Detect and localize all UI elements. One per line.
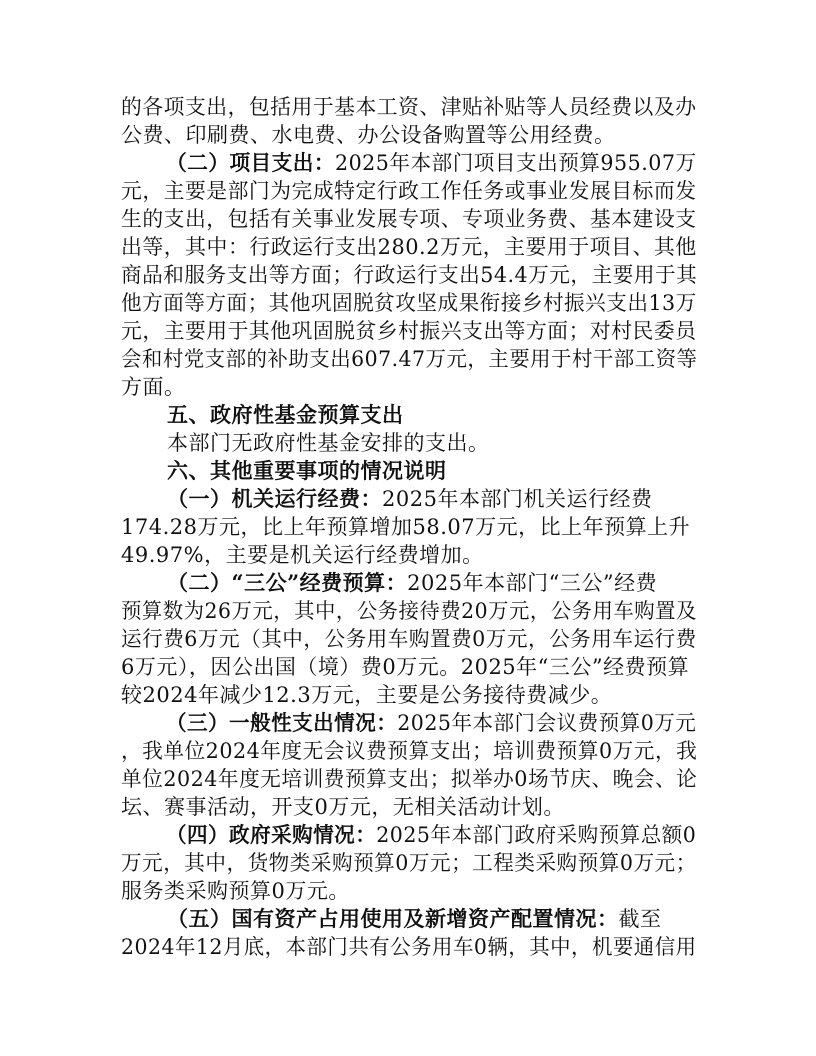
section-heading: 六、其他重要事项的情况说明 — [121, 457, 743, 485]
bold-heading-text: （二）“三公”经费预算： — [167, 570, 407, 595]
paragraph-line: （三）一般性支出情况：2025年本部门会议费预算0万元 — [121, 709, 684, 737]
body-text: 元，主要用于其他巩固脱贫乡村振兴支出等方面；对村民委员 — [121, 319, 697, 343]
paragraph-line: 2024年12月底，本部门共有公务用车0辆，其中，机要通信用 — [121, 933, 681, 961]
body-text: 49.97%，主要是机关运行经费增加。 — [121, 543, 484, 567]
paragraph-line: 公费、印刷费、水电费、办公设备购置等公用经费。 — [121, 121, 697, 149]
paragraph-line: 单位2024年度无培训费预算支出；拟举办0场节庆、晚会、论 — [121, 765, 688, 793]
bold-heading-text: （五）国有资产占用使用及新增资产配置情况： — [167, 906, 619, 931]
paragraph-line: 商品和服务支出等方面；行政运行支出54.4万元，主要用于其 — [121, 261, 687, 289]
body-text: 单位2024年度无培训费预算支出；拟举办0场节庆、晚会、论 — [121, 767, 697, 791]
body-text: 元，主要是部门为完成特定行政工作任务或事业发展目标而发 — [121, 179, 697, 203]
paragraph-line: 运行费6万元（其中，公务用车购置费0万元，公务用车运行费 — [121, 625, 686, 653]
paragraph-line: （二）项目支出：2025年本部门项目支出预算955.07万 — [121, 149, 686, 177]
body-text: 2025年本部门政府采购预算总额0 — [376, 823, 696, 847]
paragraph-line: 预算数为26万元，其中，公务接待费20万元，公务用车购置及 — [121, 597, 680, 625]
body-text: 174.28万元，比上年预算增加58.07万元，比上年预算上升 — [121, 515, 690, 539]
paragraph-line: （二）“三公”经费预算：2025年本部门“三公”经费 — [121, 569, 743, 597]
paragraph-line: 49.97%，主要是机关运行经费增加。 — [121, 541, 697, 569]
body-text: 坛、赛事活动，开支0万元，无相关活动计划。 — [121, 795, 565, 819]
body-text: 6万元），因公出国（境）费0万元。2025年“三公”经费预算 — [121, 655, 689, 679]
body-text: 预算数为26万元，其中，公务接待费20万元，公务用车购置及 — [121, 599, 697, 623]
bold-heading-text: 六、其他重要事项的情况说明 — [167, 458, 447, 483]
paragraph-line: 生的支出，包括有关事业发展专项、专项业务费、基本建设支 — [121, 205, 692, 233]
paragraph-line: 本部门无政府性基金安排的支出。 — [121, 429, 743, 457]
body-text: 2025年本部门“三公”经费 — [407, 571, 657, 595]
paragraph-line: ，我单位2024年度无会议费预算支出；培训费预算0万元，我 — [121, 737, 688, 765]
body-text: 会和村党支部的补助支出607.47万元，主要用于村干部工资等 — [121, 347, 697, 371]
body-text: 他方面等方面；其他巩固脱贫攻坚成果衔接乡村振兴支出13万 — [121, 291, 697, 315]
paragraph-line: 方面。 — [121, 373, 697, 401]
bold-heading-text: （四）政府采购情况： — [166, 822, 376, 847]
paragraph-line: 174.28万元，比上年预算增加58.07万元，比上年预算上升 — [121, 513, 697, 541]
body-text: 较2024年减少12.3万元，主要是公务接待费减少。 — [121, 683, 612, 707]
body-text: 生的支出，包括有关事业发展专项、专项业务费、基本建设支 — [121, 207, 697, 231]
paragraph-line: 会和村党支部的补助支出607.47万元，主要用于村干部工资等 — [121, 345, 681, 373]
paragraph-line: （一）机关运行经费：2025年本部门机关运行经费 — [121, 485, 743, 513]
bold-heading-text: 五、政府性基金预算支出 — [167, 402, 404, 427]
bold-heading-text: （三）一般性支出情况： — [166, 710, 397, 735]
document-body: 的各项支出，包括用于基本工资、津贴补贴等人员经费以及办公费、印刷费、水电费、办公… — [121, 93, 697, 961]
body-text: 本部门无政府性基金安排的支出。 — [167, 431, 490, 455]
body-text: 公费、印刷费、水电费、办公设备购置等公用经费。 — [121, 123, 616, 147]
body-text: 万元，其中，货物类采购预算0万元；工程类采购预算0万元； — [121, 851, 697, 875]
paragraph-line: 较2024年减少12.3万元，主要是公务接待费减少。 — [121, 681, 697, 709]
body-text: 2025年本部门机关运行经费 — [382, 487, 652, 511]
body-text: 运行费6万元（其中，公务用车购置费0万元，公务用车运行费 — [121, 627, 697, 651]
paragraph-line: 他方面等方面；其他巩固脱贫攻坚成果衔接乡村振兴支出13万 — [121, 289, 686, 317]
paragraph-line: 元，主要用于其他巩固脱贫乡村振兴支出等方面；对村民委员 — [121, 317, 692, 345]
document-page: 的各项支出，包括用于基本工资、津贴补贴等人员经费以及办公费、印刷费、水电费、办公… — [0, 0, 816, 1056]
paragraph-line: 元，主要是部门为完成特定行政工作任务或事业发展目标而发 — [121, 177, 692, 205]
body-text: 2025年本部门项目支出预算955.07万 — [335, 151, 697, 175]
body-text: 的各项支出，包括用于基本工资、津贴补贴等人员经费以及办 — [121, 95, 697, 119]
body-text: 方面。 — [121, 375, 186, 399]
paragraph-line: 出等，其中：行政运行支出280.2万元，主要用于项目、其他 — [121, 233, 694, 261]
bold-heading-text: （二）项目支出： — [166, 150, 335, 175]
paragraph-line: （四）政府采购情况：2025年本部门政府采购预算总额0 — [121, 821, 684, 849]
body-text: 2024年12月底，本部门共有公务用车0辆，其中，机要通信用 — [121, 935, 697, 959]
paragraph-line: 6万元），因公出国（境）费0万元。2025年“三公”经费预算 — [121, 653, 697, 681]
body-text: ，我单位2024年度无会议费预算支出；培训费预算0万元，我 — [121, 739, 697, 763]
paragraph-line: 万元，其中，货物类采购预算0万元；工程类采购预算0万元； — [121, 849, 686, 877]
body-text: 2025年本部门会议费预算0万元 — [397, 711, 696, 735]
body-text: 服务类采购预算0万元。 — [121, 879, 350, 903]
body-text: 商品和服务支出等方面；行政运行支出54.4万元，主要用于其 — [121, 263, 697, 287]
paragraph-line: 坛、赛事活动，开支0万元，无相关活动计划。 — [121, 793, 697, 821]
body-text: 截至 — [619, 907, 662, 931]
bold-heading-text: （一）机关运行经费： — [167, 486, 382, 511]
paragraph-line: 服务类采购预算0万元。 — [121, 877, 697, 905]
body-text: 出等，其中：行政运行支出280.2万元，主要用于项目、其他 — [121, 235, 697, 259]
section-heading: 五、政府性基金预算支出 — [121, 401, 743, 429]
paragraph-line: （五）国有资产占用使用及新增资产配置情况：截至 — [121, 905, 743, 933]
paragraph-line: 的各项支出，包括用于基本工资、津贴补贴等人员经费以及办 — [121, 93, 692, 121]
